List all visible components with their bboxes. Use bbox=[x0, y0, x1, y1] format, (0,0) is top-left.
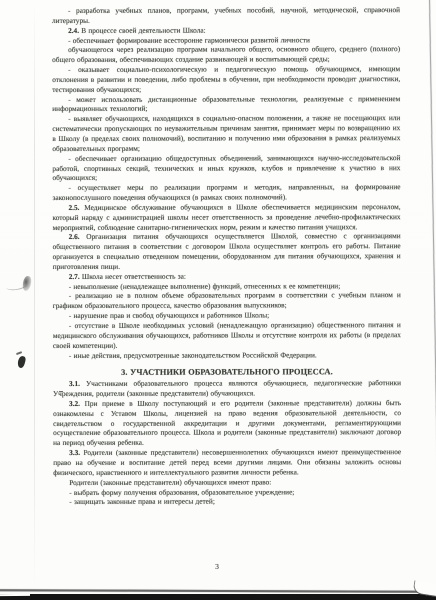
paragraph: 3.1. Участниками образовательного процес… bbox=[53, 378, 401, 399]
paragraph: - отсутствие в Школе необходимых условий… bbox=[53, 320, 401, 350]
paragraph: - реализацию не в полном объеме образова… bbox=[53, 291, 401, 312]
document-body: - разработка учебных планов, программ, у… bbox=[52, 5, 401, 507]
clause-number: 3.3. bbox=[69, 448, 83, 457]
paragraph: - обеспечивает организацию общедоступных… bbox=[52, 153, 400, 183]
paragraph: - разработка учебных планов, программ, у… bbox=[52, 5, 400, 26]
scanned-page: - разработка учебных планов, программ, у… bbox=[0, 0, 436, 600]
page-edge-right bbox=[429, 0, 436, 600]
paragraph: 2.6. Организация питания обучающихся осу… bbox=[53, 231, 401, 271]
clause-number: 2.5. bbox=[69, 203, 85, 212]
page-bottom-edge bbox=[0, 589, 436, 592]
paragraph: обучающегося через реализацию программ н… bbox=[52, 44, 400, 65]
paragraph: - может использовать дистанционные образ… bbox=[52, 94, 400, 115]
stray-mark-artifact bbox=[59, 391, 63, 392]
clause-number: 2.6. bbox=[69, 232, 87, 241]
scanner-dark-band bbox=[0, 594, 436, 600]
page-number: 3 bbox=[52, 562, 382, 571]
pen-scribble-blob bbox=[22, 276, 32, 292]
clause-number: 2.7. bbox=[69, 272, 82, 281]
paragraph: - осуществляет меры по реализации програ… bbox=[52, 182, 400, 203]
clause-number: 2.4. bbox=[68, 26, 81, 35]
scanner-band-gap bbox=[0, 594, 30, 596]
paragraph: 2.5. Медицинское обслуживание обучающихс… bbox=[53, 202, 401, 232]
ink-blot-artifact bbox=[17, 355, 27, 368]
section-heading: 3. УЧАСТНИКИ ОБРАЗОВАТЕЛЬНОГО ПРОЦЕССА. bbox=[53, 367, 401, 378]
paragraph: - иные действия, предусмотренные законод… bbox=[53, 350, 401, 361]
paragraph: 3.2. При приеме в Школу поступающий и ег… bbox=[53, 398, 401, 448]
fold-line-artifact bbox=[34, 0, 35, 588]
clause-number: 3.1. bbox=[69, 379, 86, 388]
paragraph: - выявляет обучающихся, находящихся в со… bbox=[52, 113, 400, 153]
paragraph: 3.3. Родители (законные представители) н… bbox=[53, 447, 401, 477]
paragraph: - оказывает социально-психологическую и … bbox=[52, 64, 400, 94]
paragraph: - защищать законные права и интересы дет… bbox=[53, 496, 401, 507]
clause-number: 3.2. bbox=[69, 399, 85, 408]
